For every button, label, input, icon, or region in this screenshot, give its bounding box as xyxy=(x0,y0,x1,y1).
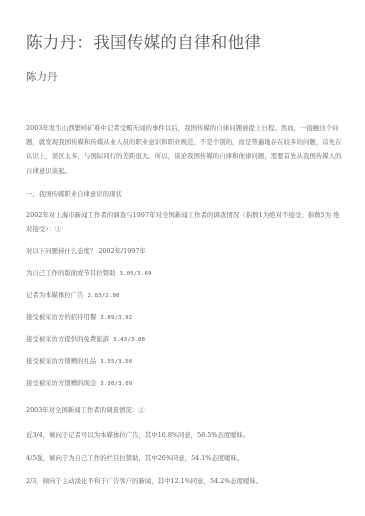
survey-item-label: 接受被采访方馈赠的现金 xyxy=(26,379,96,387)
survey-item-value: 3.30/3.09 xyxy=(100,381,132,387)
survey-item-label: 记者为本媒体拉广告 xyxy=(26,291,84,299)
survey2-intro: 2003年对全国新闻工作者的调查情况：② xyxy=(26,405,145,414)
survey-item: 接受被采访方馈赠的礼品3.55/3.56 xyxy=(26,356,132,365)
survey-item-label: 接受被采访方提供的免费旅游 xyxy=(26,335,109,343)
section-heading: 一、我国传媒职业自律意识的现状 xyxy=(26,189,122,198)
survey2-item: 近3/4，倾向于记者可以为本媒体拉广告，其中16.8%同意，56.5%态度暧昧。 xyxy=(26,430,249,439)
intro-paragraph: 2003年发生山西繁峙矿难中记者受贿无闻的事件以后，我国传媒的自律问题被提上日程… xyxy=(26,121,344,178)
document-author: 陈力丹 xyxy=(26,69,58,84)
survey-item-value: 3.89/3.92 xyxy=(100,315,132,321)
survey-item: 接受被采访方的招待用餐3.89/3.92 xyxy=(26,312,132,321)
document-title: 陈力丹：我国传媒的自律和他律 xyxy=(26,29,261,53)
survey-item-value: 2.83/2.98 xyxy=(88,293,120,299)
survey-item-label: 接受被采访方的招待用餐 xyxy=(26,313,96,321)
survey-intro: 2002年对上海市新闻工作者的调查与1997年对全国新闻工作者的调查情况（指数1… xyxy=(26,208,344,236)
survey-item-value: 3.55/3.56 xyxy=(100,359,132,365)
survey-item-label: 为自己工作的版面或节目拉赞助 xyxy=(26,269,115,277)
survey-item: 接受被采访方馈赠的现金3.30/3.09 xyxy=(26,378,132,387)
survey-item: 记者为本媒体拉广告2.83/2.98 xyxy=(26,290,120,299)
survey-question: 对以下问题持什么态度？ 2002年/1997年 xyxy=(26,246,146,255)
survey-item-value: 3.43/3.08 xyxy=(113,337,145,343)
survey2-item: 4/5强，倾向于为自己工作的栏目拉赞助，其中26%同意，54.1%态度暧昧。 xyxy=(26,453,243,462)
survey-item: 为自己工作的版面或节目拉赞助3.05/3.69 xyxy=(26,268,152,277)
survey-item-label: 接受被采访方馈赠的礼品 xyxy=(26,357,96,365)
survey2-item: 2/3，倾向于主动淡化不利于广告客户的新闻，其中12.1%同意，54.2%态度暧… xyxy=(26,476,262,485)
survey-item: 接受被采访方提供的免费旅游3.43/3.08 xyxy=(26,334,145,343)
survey-item-value: 3.05/3.69 xyxy=(119,271,151,277)
